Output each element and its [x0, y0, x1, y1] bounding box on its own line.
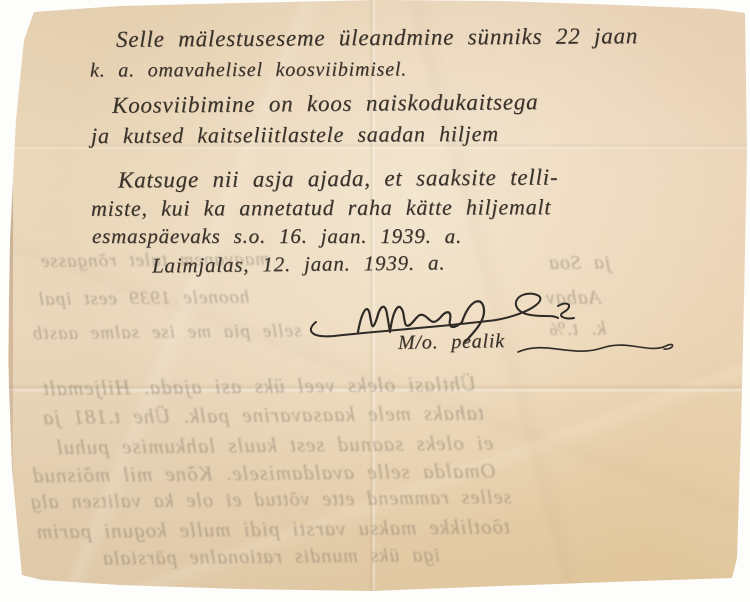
- ghost-line: selle pia me ise salme aastb: [32, 321, 302, 346]
- ghost-line: iga üks mundis rationalne pärsiala: [102, 544, 440, 571]
- ghost-line: ei oleks saanud sest kuuls lahkumise puh…: [56, 431, 494, 461]
- signature-caption: M/o. pealik: [398, 330, 505, 355]
- letter-line-4: ja kutsed kaitseliitlastele saadan hilje…: [91, 121, 499, 149]
- letter-line-5: Katsuge nii asja ajada, et saaksite tell…: [118, 164, 559, 193]
- letter-line-6: miste, kui ka annetatud raha kätte hilje…: [91, 194, 551, 222]
- ghost-line: Ühtlasi oleks veel üks asi ajada. Hiljem…: [42, 372, 476, 402]
- torn-left-edge-shading: [9, 60, 13, 540]
- ghost-line: tõotlikke maksu varsti pidi mulle koguni…: [36, 515, 510, 545]
- ghost-line: ja Soa: [548, 252, 611, 276]
- ghost-line: Omalda selle avaldamisele. Kõne mil mõis…: [32, 459, 496, 489]
- letter-line-2: k. a. omavahelisel koosviibimisel.: [90, 58, 407, 82]
- paper-sheet: maavanem tulet rõngasse ja Soa hoonele 1…: [0, 0, 750, 602]
- scanned-letter-photo: maavanem tulet rõngasse ja Soa hoonele 1…: [0, 0, 750, 602]
- letter-line-7: esmaspäevaks s.o. 16. jaan. 1939. a.: [92, 224, 462, 249]
- letter-line-1: Selle mälestuseseme üleandmine sünniks 2…: [116, 23, 638, 53]
- letter-line-8: Laimjalas, 12. jaan. 1939. a.: [152, 250, 446, 278]
- ghost-line: tahaks mele kaasavarine palk. Ühe t.181 …: [42, 401, 484, 431]
- signature-caption-flourish: [516, 336, 686, 362]
- ghost-line: selles rammend ette võttud ei ole ka val…: [30, 486, 512, 514]
- ghost-line: hoonele 1939 eest ipal: [38, 287, 250, 311]
- letter-line-3: Koosviibimine on koos naiskodukaitsega: [112, 89, 539, 119]
